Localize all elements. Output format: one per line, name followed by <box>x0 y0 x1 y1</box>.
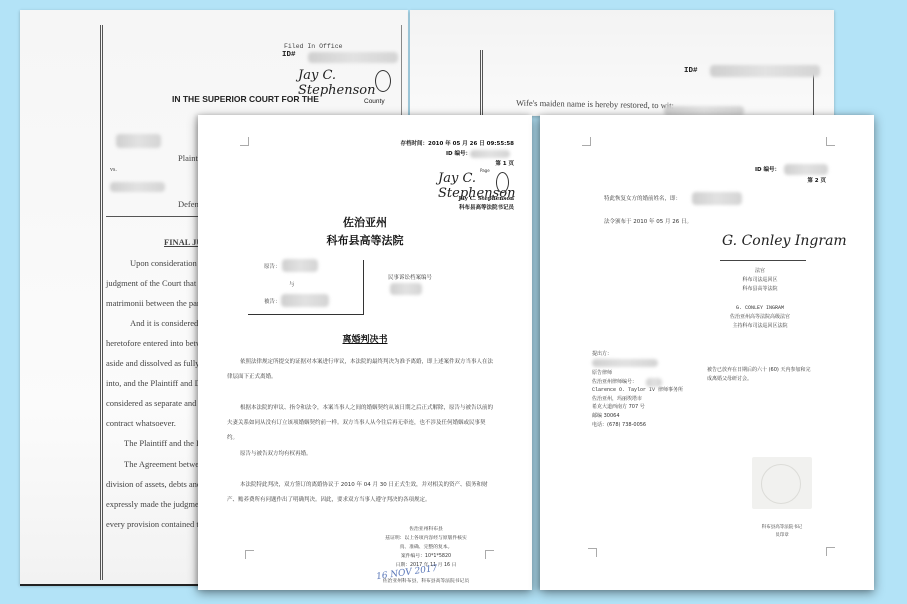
judge-signature: G. Conley Ingram <box>722 233 847 249</box>
crop-mark <box>485 550 494 559</box>
seal-caption-line: 员印章 <box>745 532 819 540</box>
plaintiff-label: 原告： <box>264 263 281 271</box>
redacted-case-number <box>390 283 422 295</box>
caption-rule <box>106 216 206 217</box>
body-line: matrimonii between the parties <box>106 298 212 308</box>
crop-mark <box>582 137 591 146</box>
judge-block: 法官 科布司法巡回区 科布县高等法院 <box>710 267 810 294</box>
attorney-line: 原告律师 <box>592 369 722 378</box>
caption-divider <box>363 260 364 314</box>
id-label: ID 编号： <box>446 150 471 158</box>
order-date: 法令颁布于 2010 年 05 月 26 日。 <box>604 218 692 226</box>
certification-line: 佐治亚州科布县 <box>366 525 486 534</box>
redacted-attorney <box>592 359 658 367</box>
page-number: 第 1 页 <box>495 160 514 168</box>
judge-line: 法官 <box>710 267 810 276</box>
signature-loop <box>375 70 391 92</box>
redacted-defendant <box>110 182 165 192</box>
judge-title: 主持科布司法巡回区法院 <box>704 322 816 331</box>
seal-caption-line: 科布县高等法院书记 <box>745 524 819 532</box>
presented-by-label: 提出方： <box>592 351 612 359</box>
document-title: 离婚判决书 <box>198 332 532 345</box>
maiden-name-line: Wife's maiden name is hereby restored, t… <box>516 98 674 111</box>
body-line: The Agreement between <box>124 459 207 469</box>
redacted-id <box>308 52 398 63</box>
redacted-maiden-name <box>692 192 742 205</box>
body-line: division of assets, debts and p <box>106 479 208 489</box>
versus-label: 与 <box>289 281 295 289</box>
vs-label: vs. <box>110 167 117 173</box>
crop-mark <box>245 550 254 559</box>
body-line: Upon consideration of <box>130 258 206 268</box>
paragraph-2: 根据本法院的审议、指令和法令，本案当事人之间的婚姻契约从该日期之后正式解除，原告… <box>227 401 495 446</box>
caption-rule <box>248 314 364 315</box>
attorney-line: 希克大道西南方 707 号 <box>592 403 722 412</box>
attorney-line: Clarence O. Taylor IV 律师事务所 <box>592 386 722 395</box>
body-line: contract whatsoever. <box>106 418 176 428</box>
clerk-seal <box>752 457 812 509</box>
scanned-original-page-2: ID# Wife's maiden name is hereby restore… <box>410 10 834 116</box>
margin-rule <box>482 50 483 116</box>
filed-in-office: Filed In Office <box>284 43 343 50</box>
seal-caption: 科布县高等法院书记 员印章 <box>745 524 819 540</box>
certification-line: 兹证明：以上各项内容经与原版件核实 <box>366 534 486 543</box>
plaintiff-label: Plainti <box>178 153 200 163</box>
county-suffix: County <box>364 98 385 105</box>
page-number: 第 2 页 <box>807 177 826 185</box>
crop-mark <box>588 548 597 557</box>
attorney-line: 电话：(678) 738-0056 <box>592 421 722 430</box>
waiver-note: 被告已放弃在日期后的六十 (60) 天内参加和完成离婚父母研讨会。 <box>707 366 811 384</box>
court-heading: 科布县高等法院 <box>198 232 532 248</box>
redacted-id <box>710 65 820 77</box>
margin-rule <box>102 25 103 580</box>
body-line: And it is considered, <box>130 318 200 328</box>
id-label: ID# <box>282 51 296 59</box>
judge-name: G. CONLEY INGRAM <box>704 304 816 313</box>
maiden-name-line: 特此恢复女方的婚前姓名，即： <box>604 195 681 203</box>
id-label: ID# <box>684 67 698 75</box>
redacted-id <box>784 164 828 175</box>
body-line: judgment of the Court that <box>106 278 196 288</box>
redacted-defendant <box>281 294 329 307</box>
paragraph-3: 原告与被告双方均有权再婚。 <box>227 447 495 462</box>
signature-line <box>720 260 806 261</box>
attorney-line: 邮编 30064 <box>592 412 722 421</box>
signature-loop <box>496 172 509 193</box>
paragraph-1: 依照法律规定所提交的证据对本案进行审议，本法院的最终判决为准予离婚，即上述案件双… <box>227 355 495 385</box>
defendant-label: 被告： <box>264 298 281 306</box>
certification-block: 佐治亚州科布县 兹证明：以上各项内容经与原版件核实 真、准确、完整的复本。 案件… <box>366 525 486 570</box>
translation-page-1: 存档时间：2010 年 05 月 26 日 09:55:58 ID 编号： 第 … <box>198 115 532 590</box>
crop-mark <box>240 137 249 146</box>
filed-time: 存档时间：2010 年 05 月 26 日 09:55:58 <box>401 140 514 148</box>
crop-mark <box>826 137 835 146</box>
translation-page-2: ID 编号： 第 2 页 特此恢复女方的婚前姓名，即： 法令颁布于 2010 年… <box>540 115 874 590</box>
certification-line: 真、准确、完整的复本。 <box>366 543 486 552</box>
redacted-plaintiff <box>282 259 318 272</box>
certification-signer: 佐治亚州科布县，科布县高等法院书记员 <box>366 578 486 585</box>
redacted-bar-number <box>646 378 662 387</box>
certification-line: 案件编号：10*1*5820 <box>366 552 486 561</box>
clerk-title: 科布县高等法院书记员 <box>459 204 514 212</box>
judge-title: 佐治亚州高等法院高级法官 <box>704 313 816 322</box>
margin-rule <box>480 50 481 116</box>
judge-line: 科布县高等法院 <box>710 285 810 294</box>
margin-rule <box>100 25 101 580</box>
redacted-id <box>470 150 510 158</box>
clerk-name: Jay C. Stephenson <box>458 195 514 203</box>
court-heading: IN THE SUPERIOR COURT FOR THE <box>172 94 319 104</box>
judge-name-block: G. CONLEY INGRAM 佐治亚州高等法院高级法官 主持科布司法巡回区法… <box>704 304 816 331</box>
case-number-label: 民事诉讼档案编号 <box>388 274 432 282</box>
state-heading: 佐治亚州 <box>198 214 532 230</box>
id-label: ID 编号： <box>755 166 780 174</box>
attorney-line: 佐治亚州，玛丽埃塔市 <box>592 395 722 404</box>
judge-line: 科布司法巡回区 <box>710 276 810 285</box>
paragraph-4: 本法院特此判决，双方签订的离婚协议于 2010 年 04 月 30 日正式生效，… <box>227 478 495 508</box>
judgment-title: FINAL JU <box>164 237 203 247</box>
crop-mark <box>826 547 835 556</box>
redacted-plaintiff <box>116 134 161 148</box>
